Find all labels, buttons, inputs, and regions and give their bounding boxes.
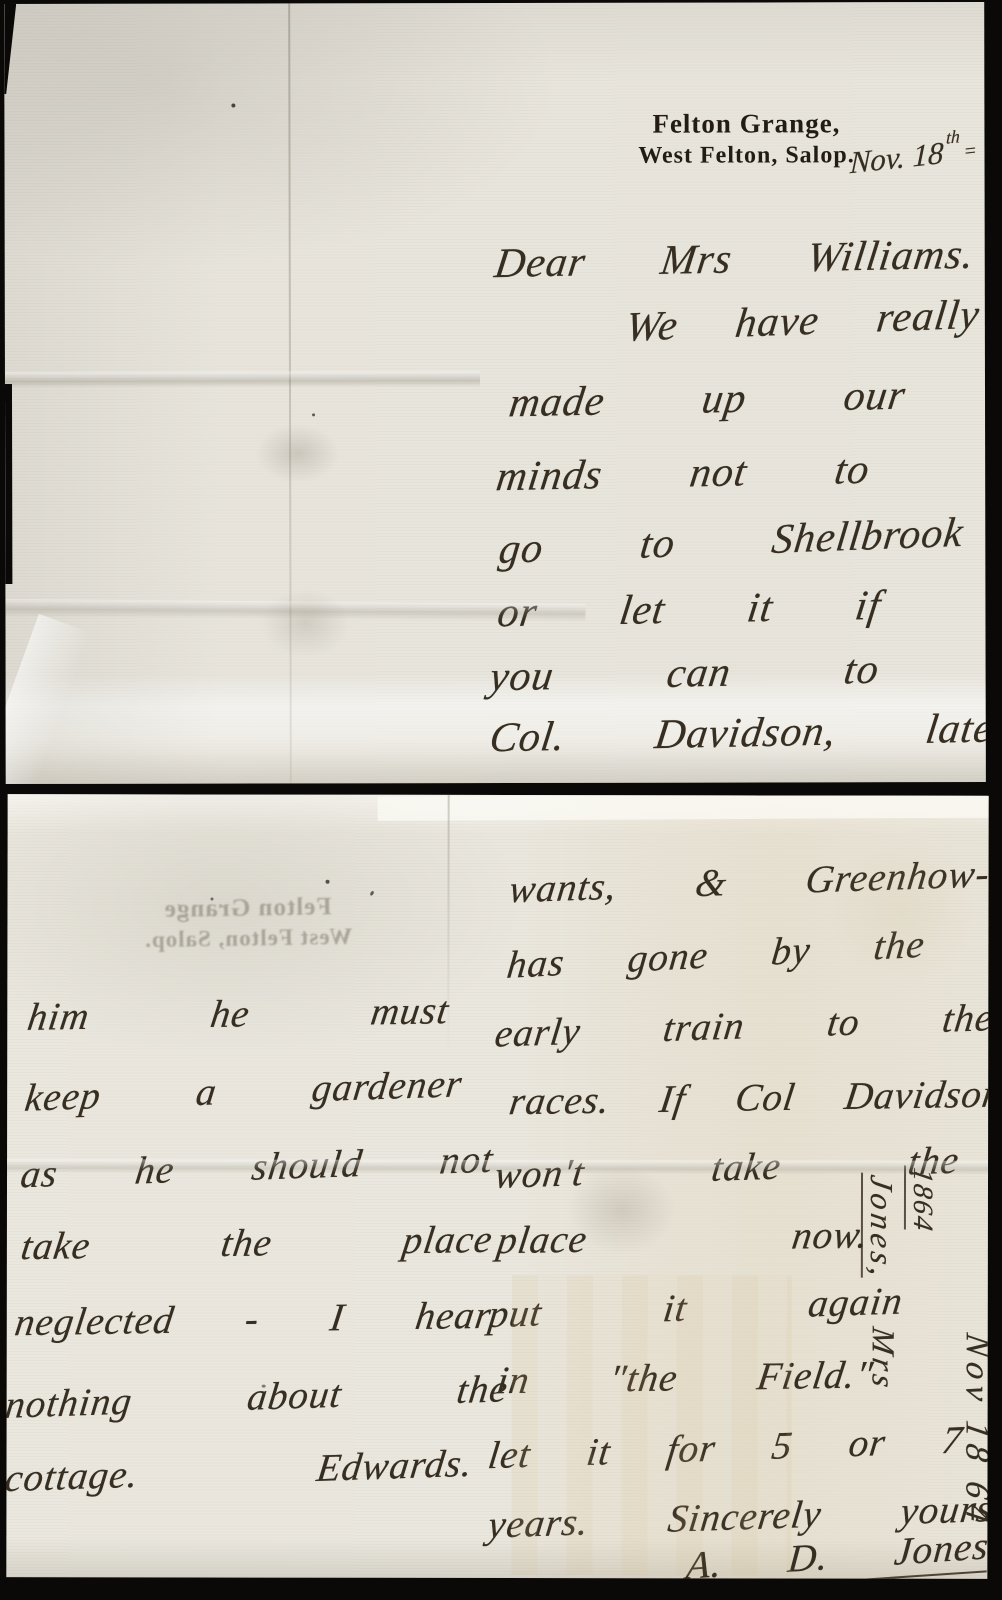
scan-edge-shadow [5, 384, 12, 584]
fold-crease [5, 371, 480, 388]
handwriting-line: races.IfColDavidson [507, 1075, 989, 1124]
handwritten-word: has [505, 943, 567, 987]
handwritten-word: for [664, 1429, 718, 1472]
handwriting-line: mindsnotto [494, 448, 873, 499]
handwritten-word: wants, [507, 867, 619, 911]
handwritten-word: about [245, 1375, 344, 1419]
handwritten-word: have [733, 299, 822, 346]
handwritten-word: or [495, 591, 541, 636]
handwriting-line: in"theField." [494, 1355, 876, 1402]
handwritten-word: to [825, 1003, 863, 1045]
handwriting-line: taketheplace [18, 1220, 495, 1268]
handwriting-line: orletitif [495, 584, 884, 636]
handwritten-word: years. [486, 1502, 592, 1546]
handwritten-word: go [497, 526, 547, 572]
handwritten-word: Sincerely [665, 1495, 824, 1541]
handwritten-word: can [664, 651, 734, 696]
handwritten-word: A. [684, 1544, 724, 1578]
page2-right-column-handwriting: wants,&Greenhow-hasgonebytheearlytrainto… [8, 794, 989, 796]
handwriting-line: youcanto [487, 648, 882, 700]
page2-left-column-handwriting: himhemustkeepagardenerasheshouldnottaket… [8, 794, 989, 796]
handwriting-line: madeupour [506, 374, 908, 426]
handwritten-word: the [218, 1223, 275, 1265]
letter-page-1: Felton Grange, West Felton, Salop. Nov. … [4, 2, 986, 784]
handwritten-word: must [368, 991, 452, 1033]
handwriting-line: DearMrsWilliams. [492, 233, 977, 286]
ghost-letterhead: Felton Grange West Felton, Salop. [95, 892, 401, 954]
handwriting-line: wants,&Greenhow- [507, 855, 989, 912]
margin-docket-annotations: 1864Jones,MrsNov 18 64 [8, 794, 989, 796]
scan-background: Felton Grange, West Felton, Salop. Nov. … [0, 0, 1002, 1600]
paper-flap-highlight [378, 794, 988, 821]
handwriting-line: asheshouldnot [18, 1140, 495, 1196]
handwriting-line: placenow. [495, 1215, 872, 1262]
handwritten-word: up [699, 377, 749, 422]
handwritten-word: as [18, 1154, 60, 1196]
fold-crease [288, 3, 292, 783]
handwritten-word: put [486, 1293, 544, 1336]
handwritten-word: should [249, 1144, 365, 1189]
handwritten-word: not [687, 450, 750, 495]
handwriting-line: hasgonebythe [505, 925, 927, 987]
ghost-letterhead-line1: Felton Grange [95, 892, 400, 925]
handwritten-word: neglected [12, 1301, 177, 1344]
handwritten-word: train [661, 1006, 747, 1050]
handwritten-word: again [806, 1282, 905, 1326]
handwritten-word: by [769, 931, 812, 974]
handwritten-word: Davidson [842, 1075, 989, 1118]
handwritten-word: races. [507, 1081, 613, 1123]
handwritten-word: keep [23, 1076, 104, 1119]
handwritten-word: to [832, 448, 873, 493]
handwritten-word: D. [786, 1537, 830, 1579]
handwritten-word: early [492, 1012, 583, 1056]
handwritten-word: he [208, 994, 253, 1036]
handwritten-word: the [872, 925, 927, 968]
handwriting-line: putitagain [486, 1282, 905, 1337]
ink-speck [231, 104, 235, 108]
docket-annotation: Mrs [865, 1325, 902, 1394]
corner-fold-highlight [4, 614, 105, 784]
handwritten-word: 5 [769, 1426, 795, 1468]
handwritten-word: now. [789, 1215, 871, 1257]
handwritten-word: minds [494, 453, 606, 499]
handwritten-word: place [400, 1220, 496, 1262]
scan-edge-shadow [4, 4, 16, 94]
handwritten-word: gardener [309, 1064, 464, 1110]
handwriting-line: neglected-Ihear [12, 1296, 494, 1344]
handwritten-word: Williams. [804, 233, 977, 280]
handwritten-word: if [852, 584, 884, 629]
handwritten-word: Edwards. [314, 1444, 475, 1490]
handwritten-word: it [584, 1432, 613, 1474]
handwritten-word: take [709, 1147, 783, 1190]
handwriting-line: cottage.Edwards. [6, 1444, 475, 1500]
handwritten-word: our [841, 374, 909, 419]
handwritten-word: "the [606, 1358, 680, 1400]
handwritten-word: Jones [892, 1526, 988, 1573]
handwritten-word: hear [413, 1296, 495, 1338]
handwritten-word: Shellbrook [769, 511, 966, 562]
handwritten-word: late [923, 707, 986, 752]
handwritten-word: nothing [6, 1382, 134, 1427]
handwritten-word: Col. [487, 715, 569, 761]
ink-speck [312, 413, 315, 416]
ink-speck [326, 880, 330, 884]
handwritten-word: cottage. [6, 1455, 141, 1500]
handwritten-word: to [638, 522, 678, 567]
handwritten-word: If [657, 1080, 689, 1121]
letter-page-2: Felton Grange West Felton, Salop. himhem… [6, 794, 988, 1579]
handwritten-word: made [506, 380, 607, 426]
docket-annotation: 1864 [904, 1165, 938, 1234]
date-superscript: th [946, 126, 961, 149]
handwriting-line: gotoShellbrook [497, 511, 967, 572]
handwritten-word: I [328, 1298, 348, 1339]
handwritten-word: won't [492, 1153, 587, 1197]
handwritten-word: let [486, 1435, 533, 1477]
handwritten-word: you [487, 654, 557, 699]
handwriting-line: keepagardener [23, 1064, 465, 1119]
handwritten-word: him [25, 997, 93, 1039]
handwriting-line: nothingaboutthe [6, 1369, 510, 1426]
handwritten-word: Greenhow- [803, 855, 988, 902]
handwritten-word: or [846, 1423, 888, 1465]
ghost-letterhead-line2: West Felton, Salop. [96, 923, 401, 954]
handwriting-line: Col.Davidson,late [487, 707, 986, 761]
handwritten-word: not [438, 1140, 496, 1183]
fold-wrinkle [255, 423, 340, 483]
handwritten-word: & [693, 863, 730, 905]
handwritten-word: Dear [492, 240, 589, 286]
handwritten-word: place [495, 1220, 591, 1262]
handwritten-word: take [18, 1226, 93, 1268]
handwritten-word: in [494, 1361, 532, 1402]
handwriting-line: Wehavereally [623, 293, 982, 350]
fold-wrinkle [260, 588, 350, 658]
docket-annotation: Jones, [861, 1172, 900, 1283]
handwritten-word: really [874, 293, 982, 341]
handwritten-word: it [745, 586, 777, 631]
date-underline-mark: = [963, 139, 976, 164]
handwritten-word: gone [626, 936, 711, 981]
handwritten-word: a [194, 1072, 220, 1114]
handwriting-line: himhemust [25, 991, 452, 1039]
handwritten-word: - [242, 1299, 262, 1340]
handwritten-word: the [940, 998, 989, 1041]
handwritten-word: We [623, 304, 680, 350]
handwritten-word: let [617, 588, 668, 633]
page1-handwriting-layer: DearMrsWilliams.Wehavereallymadeupourmin… [4, 2, 984, 4]
handwritten-word: Col [733, 1078, 798, 1120]
handwriting-line: letitfor5or7 [486, 1421, 965, 1478]
handwritten-word: it [661, 1289, 690, 1331]
handwritten-word: Field." [754, 1355, 876, 1398]
handwritten-word: to [841, 648, 882, 693]
handwritten-word: Mrs [658, 238, 735, 283]
docket-annotation: Nov 18 64 [957, 1331, 988, 1531]
letterhead-line1: Felton Grange, [591, 108, 901, 140]
handwritten-word: he [133, 1150, 177, 1192]
handwritten-word: Davidson, [652, 710, 839, 758]
handwriting-line: earlytraintothe [492, 998, 988, 1055]
